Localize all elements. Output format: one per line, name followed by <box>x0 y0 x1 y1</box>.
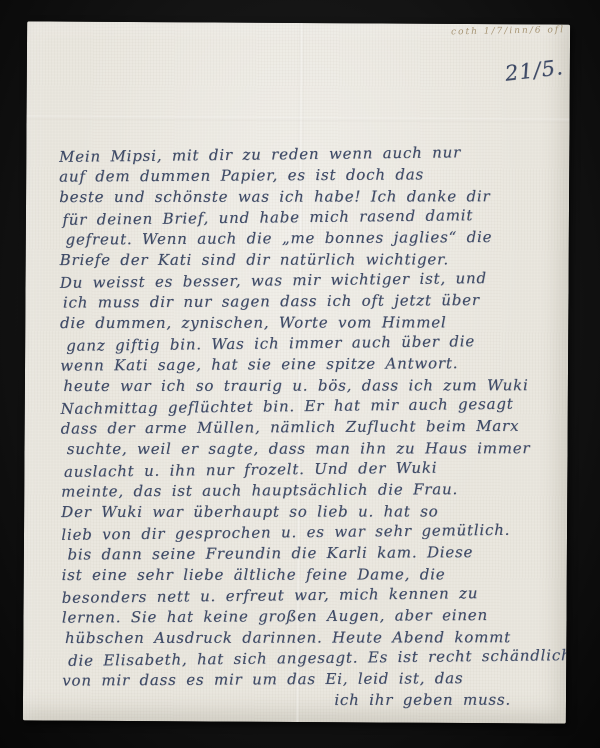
handwritten-line: ich muss dir nur sagen dass ich oft jetz… <box>63 290 552 314</box>
date-annotation: 21/5. <box>504 55 565 86</box>
handwritten-line: gefreut. Wenn auch die „me bonnes jaglie… <box>65 227 551 251</box>
letter-page: coth 1/7/inn/6 ofl 21/5. Mein Mipsi, mit… <box>23 21 570 723</box>
handwritten-line: bis dann seine Freundin die Karli kam. D… <box>67 542 553 566</box>
handwritten-line: dass der arme Müllen, nämlich Zuflucht b… <box>61 416 553 440</box>
handwritten-line: lernen. Sie hat keine großen Augen, aber… <box>62 605 554 629</box>
handwritten-line-closing: ich ihr geben muss. <box>334 690 554 711</box>
handwritten-line: meinte, das ist auch hauptsächlich die F… <box>61 479 553 503</box>
handwritten-line: auf dem dummen Papier, es ist doch das <box>59 164 551 188</box>
scan-background: coth 1/7/inn/6 ofl 21/5. Mein Mipsi, mit… <box>0 0 600 748</box>
letter-body: Mein Mipsi, mit dir zu reden wenn auch n… <box>59 143 554 713</box>
archival-mark: coth 1/7/inn/6 ofl <box>451 25 565 37</box>
handwritten-line: von mir dass es mir um das Ei, leid ist,… <box>62 668 554 692</box>
handwritten-line: wenn Kati sage, hat sie eine spitze Antw… <box>60 353 552 377</box>
